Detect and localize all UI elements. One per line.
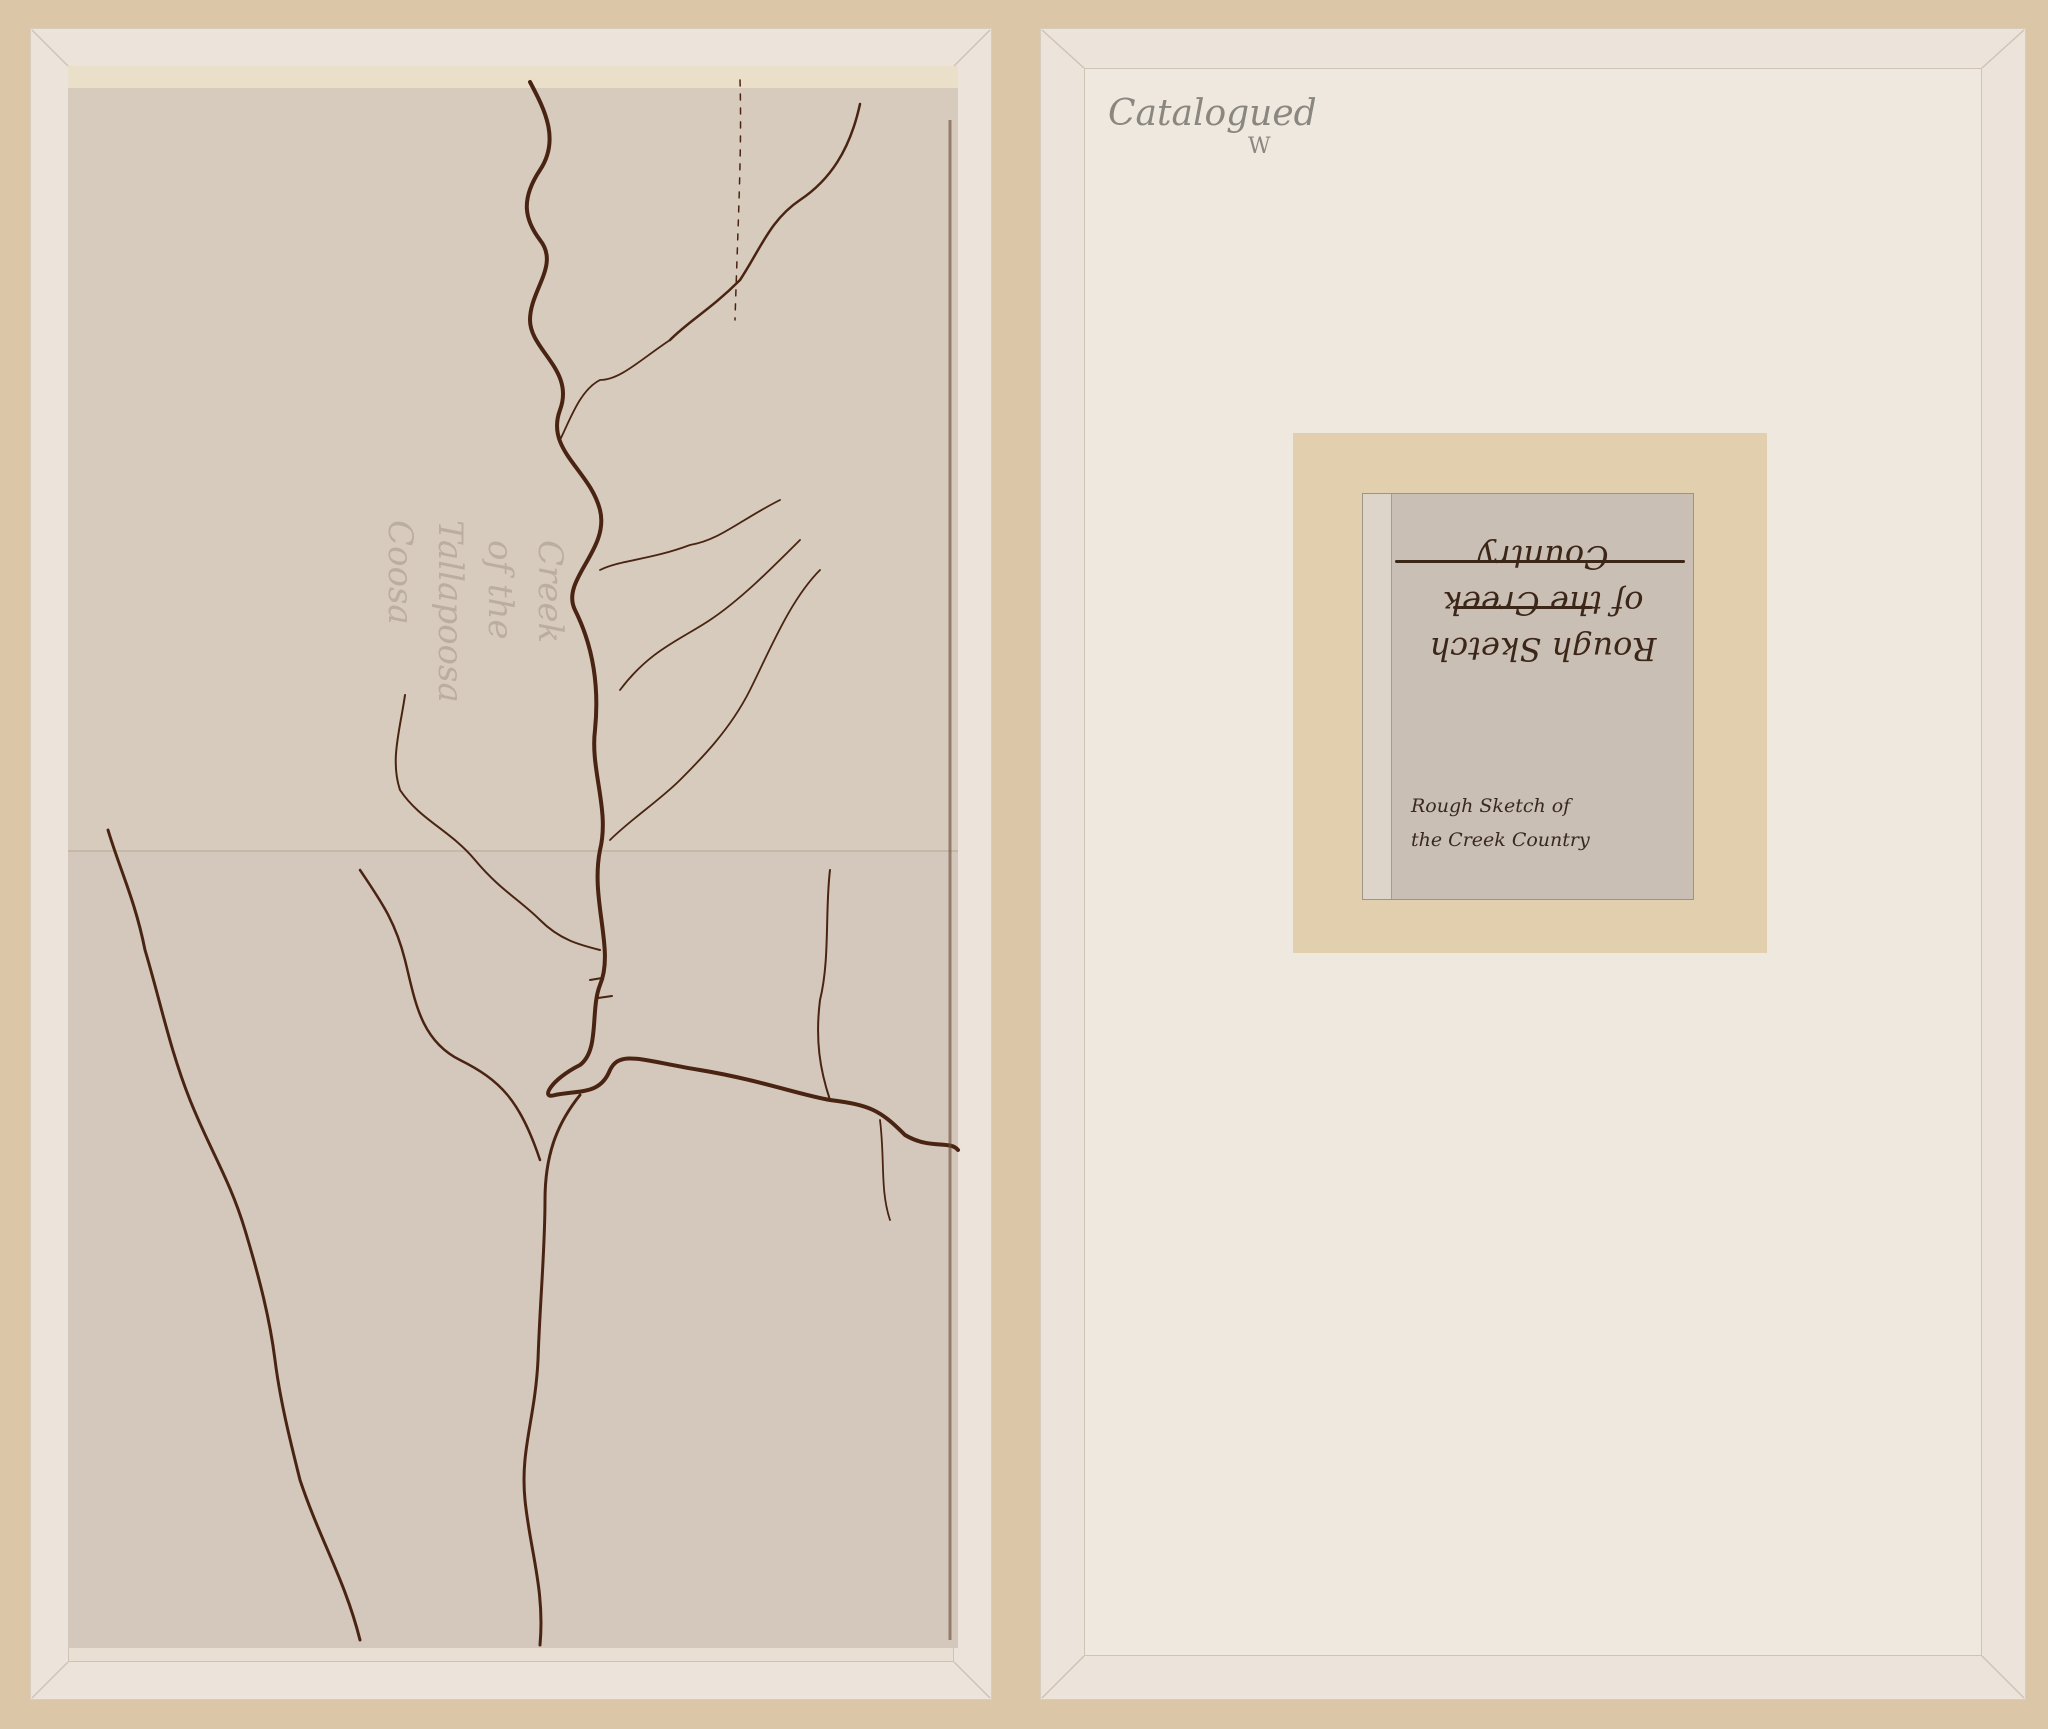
catalogued-mark: W — [1248, 136, 1317, 158]
bleed-through-text: Tallapoosa — [430, 520, 470, 703]
bleed-through-text: of the — [480, 540, 520, 640]
fold-line — [68, 850, 958, 852]
catalogued-text: Catalogued — [1108, 93, 1317, 134]
bleed-through-text: Creek — [530, 540, 570, 643]
slip-caption: Rough Sketch of the Creek Country — [1411, 789, 1686, 857]
label-hinge-strip — [1363, 494, 1392, 899]
caption-line: the Creek Country — [1411, 823, 1686, 857]
caption-line: Rough Sketch of — [1411, 789, 1686, 823]
title-label-slip: Rough Sketch of the Creek Country Rough … — [1362, 493, 1694, 900]
title-line: of the Creek — [1413, 580, 1673, 626]
bleed-through-text: Coosa — [380, 520, 420, 625]
title-line: Country — [1413, 534, 1673, 580]
manuscript-map-lower-half — [68, 852, 958, 1648]
title-line: Rough Sketch — [1413, 626, 1673, 672]
catalogued-pencil-note: Catalogued W — [1108, 96, 1317, 158]
upside-down-title: Rough Sketch of the Creek Country — [1413, 534, 1673, 672]
